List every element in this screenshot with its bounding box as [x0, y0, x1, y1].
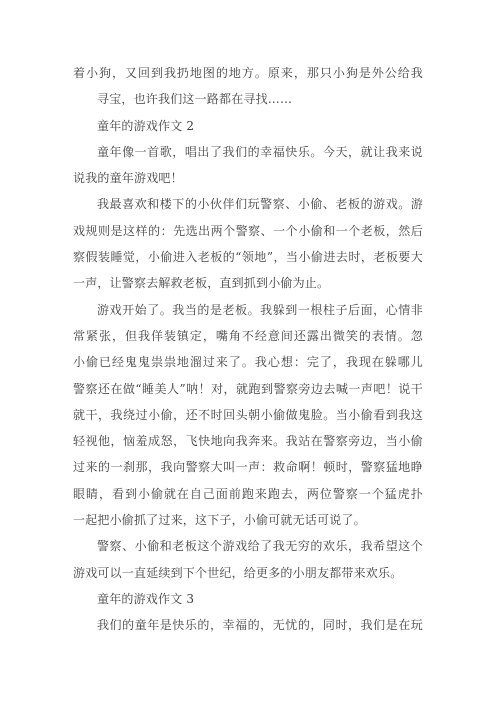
text-line: 说我的童年游戏吧！ [73, 165, 423, 191]
text-line: 一起把小偷抓了过来，这下子，小偷可就无话可说了。 [73, 507, 423, 533]
text-line: 过来的一刹那，我向警察大叫一声：救命啊！顿时，警察猛地睁开 [73, 454, 423, 480]
text-line: 游戏开始了。我当的是老板。我躲到一根柱子后面，心情非 [73, 297, 423, 323]
text-line: 我们的童年是快乐的，幸福的，无忧的，同时，我们是在玩 [73, 612, 423, 638]
text-line: 戏规则是这样的：先选出两个警察、一个小偷和一个老板，然后警 [73, 218, 423, 244]
text-line: 着小狗，又回到我扔地图的地方。原来，那只小狗是外公给我的。 [73, 60, 423, 86]
text-line: 我最喜欢和楼下的小伙伴们玩警察、小偷、老板的游戏。游 [73, 191, 423, 217]
document-page: 着小狗，又回到我扔地图的地方。原来，那只小狗是外公给我的。 寻宝，也许我们这一路… [0, 0, 500, 707]
text-line: 警察还在做“睡美人”呐！对，就跑到警察旁边去喊一声吧！说干 [73, 376, 423, 402]
text-line: 童年像一首歌，唱出了我们的幸福快乐。今天，就让我来说 [73, 139, 423, 165]
essay-heading-3: 童年的游戏作文 3 [73, 586, 423, 612]
text-line: 小偷已经鬼鬼祟祟地溜过来了。我心想：完了，我现在躲哪儿呀， [73, 349, 423, 375]
text-line: 察假装睡觉，小偷进入老板的“领地”，当小偷进去时，老板要大叫 [73, 244, 423, 270]
text-line: 就干，我绕过小偷，还不时回头朝小偷做鬼脸。当小偷看到我这么 [73, 402, 423, 428]
text-line: 寻宝，也许我们这一路都在寻找…… [73, 86, 423, 112]
essay-text-block: 着小狗，又回到我扔地图的地方。原来，那只小狗是外公给我的。 寻宝，也许我们这一路… [73, 60, 423, 639]
text-line: 轻视他，恼羞成怒，飞快地向我奔来。我站在警察旁边，当小偷飞 [73, 428, 423, 454]
text-line: 眼睛，看到小偷就在自己面前跑来跑去，两位警察一个猛虎扑食， [73, 481, 423, 507]
text-line: 游戏可以一直延续到下个世纪，给更多的小朋友都带来欢乐。 [73, 560, 423, 586]
text-line: 常紧张，但我佯装镇定，嘴角不经意间还露出微笑的表情。忽然， [73, 323, 423, 349]
text-line: 警察、小偷和老板这个游戏给了我无穷的欢乐，我希望这个 [73, 533, 423, 559]
text-line: 一声，让警察去解救老板，直到抓到小偷为止。 [73, 270, 423, 296]
essay-heading-2: 童年的游戏作文 2 [73, 113, 423, 139]
